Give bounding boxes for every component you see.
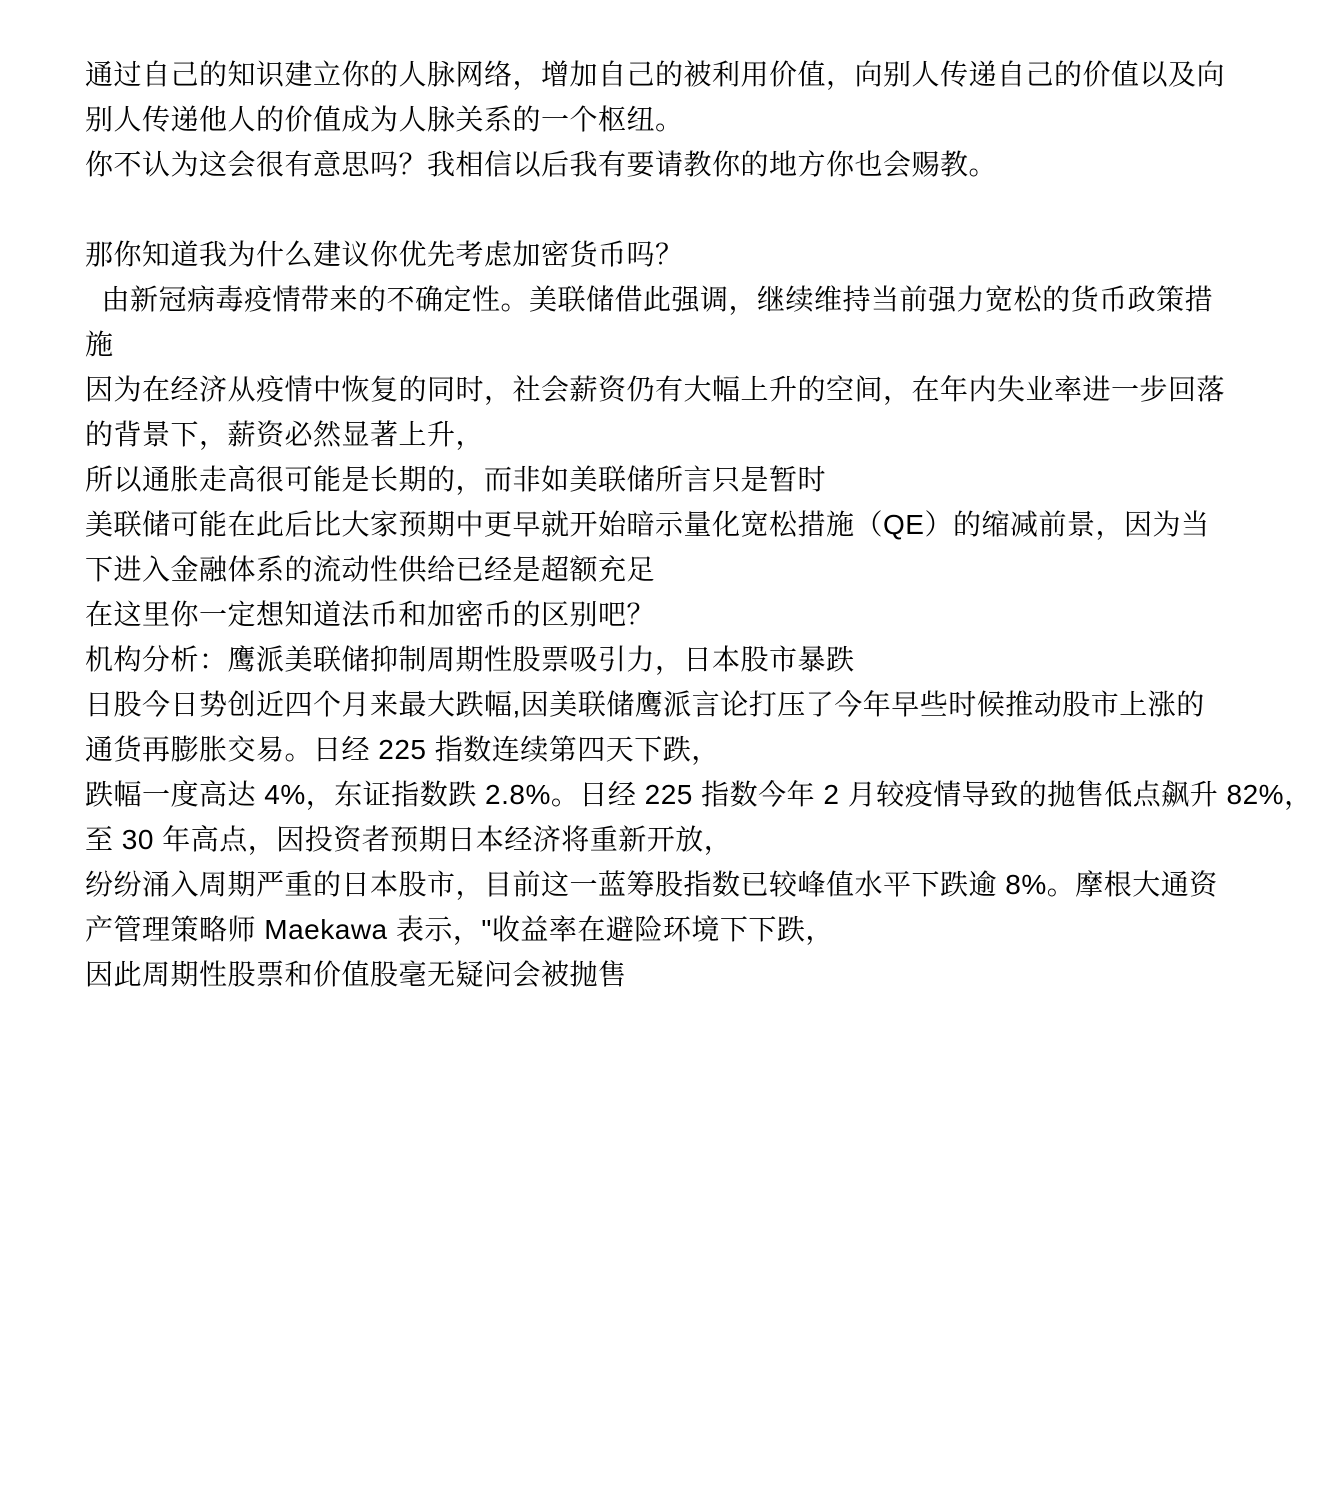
text-line: 在这里你一定想知道法币和加密币的区别吧？ bbox=[85, 592, 1253, 637]
text-line: 别人传递他人的价值成为人脉关系的一个枢纽。 bbox=[85, 97, 1253, 142]
text-line: 美联储可能在此后比大家预期中更早就开始暗示量化宽松措施（QE）的缩减前景，因为当 bbox=[85, 502, 1253, 547]
text-line: 机构分析：鹰派美联储抑制周期性股票吸引力，日本股市暴跌 bbox=[85, 637, 1253, 682]
text-line: 由新冠病毒疫情带来的不确定性。美联储借此强调，继续维持当前强力宽松的货币政策措 bbox=[85, 277, 1253, 322]
text-line: 下进入金融体系的流动性供给已经是超额充足 bbox=[85, 547, 1253, 592]
text-line: 日股今日势创近四个月来最大跌幅,因美联储鹰派言论打压了今年早些时候推动股市上涨的 bbox=[85, 682, 1253, 727]
text-line: 因为在经济从疫情中恢复的同时，社会薪资仍有大幅上升的空间，在年内失业率进一步回落 bbox=[85, 367, 1253, 412]
text-line: 产管理策略师 Maekawa 表示，"收益率在避险环境下下跌， bbox=[85, 907, 1253, 952]
text-line: 因此周期性股票和价值股毫无疑问会被抛售 bbox=[85, 952, 1253, 997]
text-line: 的背景下，薪资必然显著上升， bbox=[85, 412, 1253, 457]
document-page: 通过自己的知识建立你的人脉网络，增加自己的被利用价值，向别人传递自己的价值以及向… bbox=[0, 0, 1323, 1508]
text-line: 通过自己的知识建立你的人脉网络，增加自己的被利用价值，向别人传递自己的价值以及向 bbox=[85, 52, 1253, 97]
text-line: 跌幅一度高达 4%，东证指数跌 2.8%。日经 225 指数今年 2 月较疫情导… bbox=[85, 772, 1253, 817]
text-line: 至 30 年高点，因投资者预期日本经济将重新开放， bbox=[85, 817, 1253, 862]
text-line: 那你知道我为什么建议你优先考虑加密货币吗？ bbox=[85, 232, 1253, 277]
text-line: 所以通胀走高很可能是长期的，而非如美联储所言只是暂时 bbox=[85, 457, 1253, 502]
text-line: 你不认为这会很有意思吗？我相信以后我有要请教你的地方你也会赐教。 bbox=[85, 142, 1253, 187]
blank-line bbox=[85, 187, 1253, 232]
text-line: 纷纷涌入周期严重的日本股市，目前这一蓝筹股指数已较峰值水平下跌逾 8%。摩根大通… bbox=[85, 862, 1253, 907]
text-line: 通货再膨胀交易。日经 225 指数连续第四天下跌， bbox=[85, 727, 1253, 772]
text-line: 施 bbox=[85, 322, 1253, 367]
